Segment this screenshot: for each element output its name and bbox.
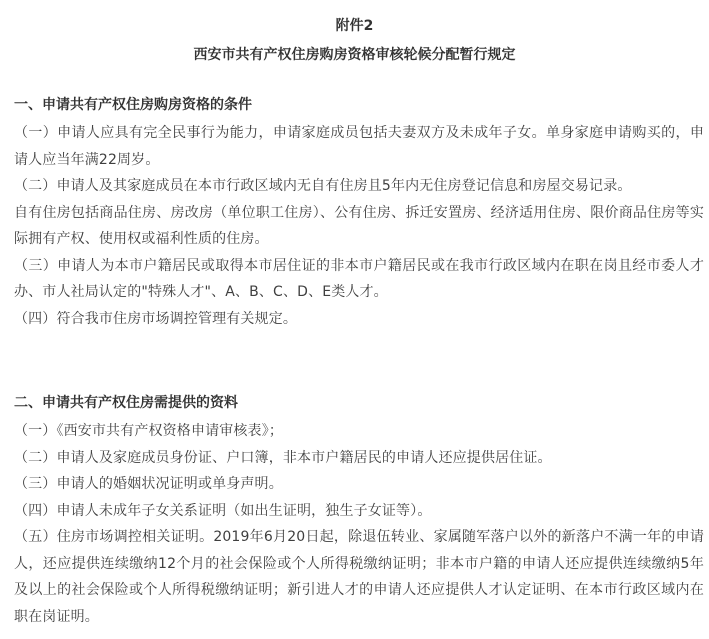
paragraph-item-1: （一）《西安市共有产权资格申请审核表》； — [14, 418, 704, 445]
paragraph-item-4: （四）申请人未成年子女关系证明（如出生证明，独生子女证等）。 — [14, 498, 704, 525]
section-heading: 一、申请共有产权住房购房资格的条件 — [14, 95, 704, 115]
paragraph-item-3: （三）申请人为本市户籍居民或取得本市居住证的非本市户籍居民或在我市行政区域内在职… — [14, 253, 704, 306]
paragraph-item-5: （五）住房市场调控相关证明。2019年6月20日起，除退伍转业、家属随军落户以外… — [14, 524, 704, 630]
document-title: 西安市共有产权住房购房资格审核轮候分配暂行规定 — [0, 45, 709, 65]
section-body: （一）申请人应具有完全民事行为能力，申请家庭成员包括夫妻双方及未成年子女。单身家… — [14, 120, 704, 332]
paragraph-item-4: （四）符合我市住房市场调控管理有关规定。 — [14, 306, 704, 333]
paragraph-item-2: （二）申请人及其家庭成员在本市行政区域内无自有住房且5年内无住房登记信息和房屋交… — [14, 173, 704, 200]
section-body: （一）《西安市共有产权资格申请审核表》； （二）申请人及家庭成员身份证、户口簿，… — [14, 418, 704, 630]
paragraph-owned-housing-note: 自有住房包括商品住房、房改房（单位职工住房）、公有住房、拆迁安置房、经济适用住房… — [14, 200, 704, 253]
section-heading: 二、申请共有产权住房需提供的资料 — [14, 393, 704, 413]
section-eligibility-conditions: 一、申请共有产权住房购房资格的条件 （一）申请人应具有完全民事行为能力，申请家庭… — [14, 95, 704, 332]
paragraph-item-3: （三）申请人的婚姻状况证明或单身声明。 — [14, 471, 704, 498]
attachment-label: 附件2 — [0, 16, 709, 36]
paragraph-item-1: （一）申请人应具有完全民事行为能力，申请家庭成员包括夫妻双方及未成年子女。单身家… — [14, 120, 704, 173]
paragraph-item-2: （二）申请人及家庭成员身份证、户口簿，非本市户籍居民的申请人还应提供居住证。 — [14, 445, 704, 472]
section-required-materials: 二、申请共有产权住房需提供的资料 （一）《西安市共有产权资格申请审核表》； （二… — [14, 393, 704, 630]
